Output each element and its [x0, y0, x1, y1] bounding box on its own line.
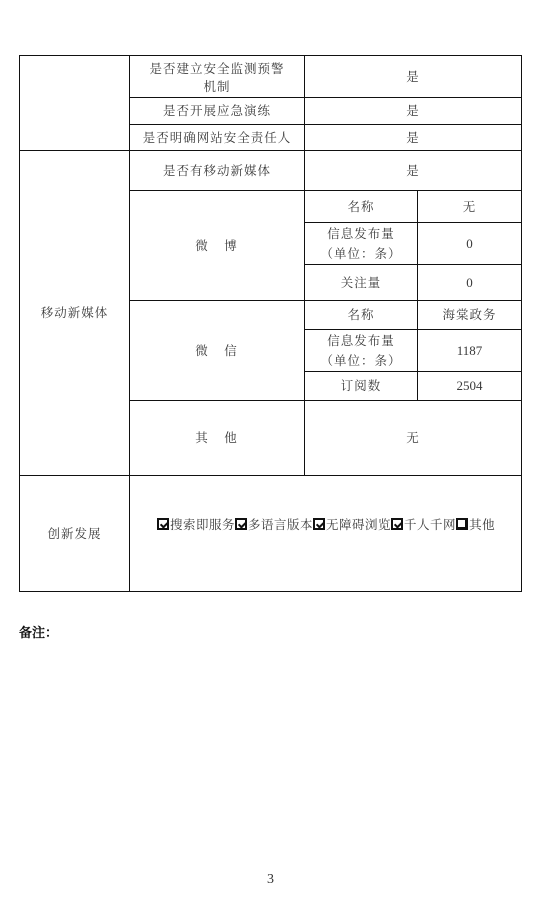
emergency-drill-label: 是否开展应急演练	[130, 98, 304, 124]
label-line-2: 机制	[203, 79, 230, 95]
innovation-label: 创新发展	[20, 476, 129, 591]
wechat-subscribers-value: 2504	[418, 372, 521, 400]
security-owner-label: 是否明确网站安全责任人	[130, 125, 304, 150]
field-line-1: 信息发布量	[327, 331, 395, 351]
checkbox-multilingual[interactable]	[235, 518, 247, 530]
page-number: 3	[0, 872, 541, 888]
security-monitoring-label: 是否建立安全监测预警 机制	[130, 56, 304, 97]
label-line-1: 是否建立安全监测预警	[149, 59, 284, 79]
option-label: 千人千网	[404, 515, 456, 533]
mobile-media-section-label: 移动新媒体	[20, 151, 129, 475]
table-border-bottom	[19, 591, 522, 592]
has-mobile-media-label: 是否有移动新媒体	[130, 151, 304, 190]
wechat-label: 微 信	[130, 301, 304, 400]
weibo-posts-value: 0	[418, 223, 521, 264]
remarks-label: 备注：	[19, 622, 58, 641]
checkbox-personalized[interactable]	[391, 518, 403, 530]
document-page: 是否建立安全监测预警 机制 是 是否开展应急演练 是 是否明确网站安全责任人 是…	[0, 0, 541, 913]
security-monitoring-value: 是	[305, 56, 521, 97]
weibo-posts-field: 信息发布量 （单位：条）	[305, 223, 417, 264]
option-label: 无障碍浏览	[326, 515, 391, 533]
weibo-followers-field: 关注量	[305, 265, 417, 300]
has-mobile-media-value: 是	[305, 151, 521, 190]
security-owner-value: 是	[305, 125, 521, 150]
emergency-drill-value: 是	[305, 98, 521, 124]
innovation-options: 搜索即服务 多语言版本 无障碍浏览 千人千网 其他	[157, 514, 495, 534]
wechat-posts-field: 信息发布量 （单位：条）	[305, 330, 417, 371]
wechat-name-value: 海棠政务	[418, 301, 521, 329]
field-line-1: 信息发布量	[327, 224, 395, 244]
option-label: 多语言版本	[248, 515, 313, 533]
other-media-value: 无	[305, 401, 521, 475]
wechat-posts-value: 1187	[418, 330, 521, 371]
weibo-label: 微 博	[130, 191, 304, 300]
field-line-2: （单位：条）	[320, 244, 401, 264]
wechat-name-field: 名称	[305, 301, 417, 329]
option-label: 搜索即服务	[170, 515, 235, 533]
field-line-2: （单位：条）	[320, 351, 401, 371]
wechat-subscribers-field: 订阅数	[305, 372, 417, 400]
other-media-label: 其 他	[130, 401, 304, 475]
weibo-name-value: 无	[418, 191, 521, 222]
table-border-right	[521, 55, 522, 592]
checkbox-search-service[interactable]	[157, 518, 169, 530]
weibo-name-field: 名称	[305, 191, 417, 222]
checkbox-other[interactable]	[456, 518, 468, 530]
weibo-followers-value: 0	[418, 265, 521, 300]
checkbox-accessibility[interactable]	[313, 518, 325, 530]
option-label: 其他	[469, 515, 495, 533]
